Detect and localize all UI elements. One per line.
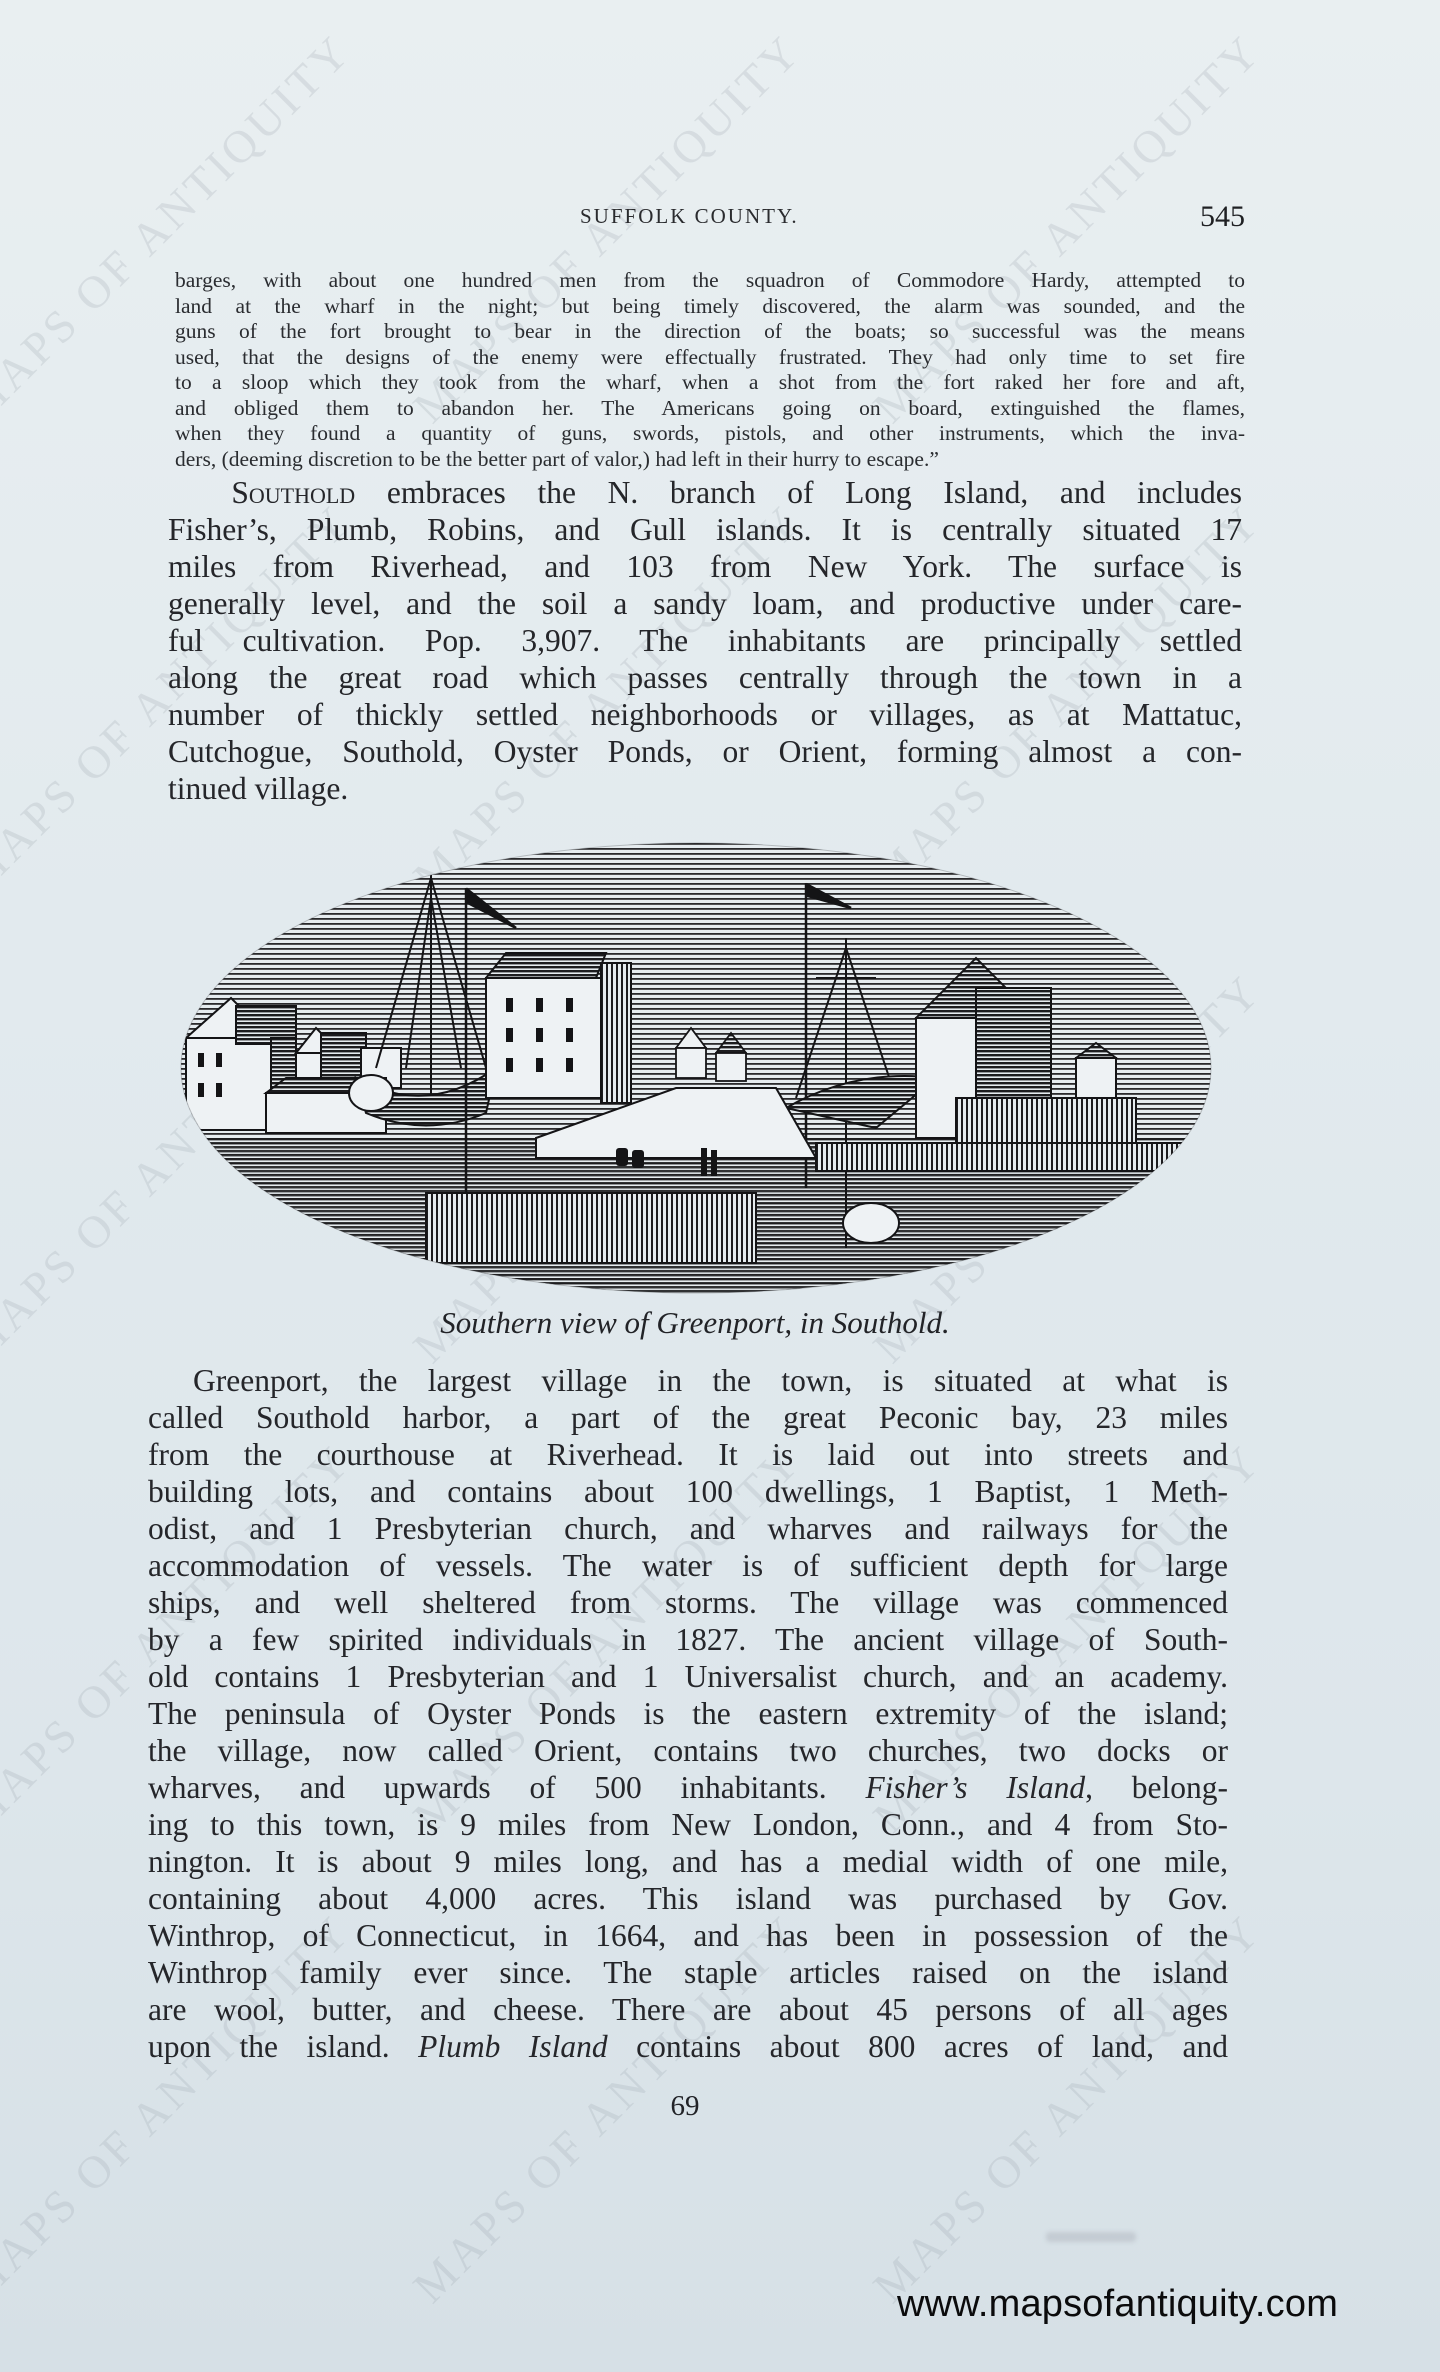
signature-mark: 69: [0, 2090, 1370, 2123]
text-line: when they found a quantity of guns, swor…: [175, 421, 1245, 447]
text-fragment: wharves, and upwards of 500 inhabitants.: [148, 1770, 865, 1805]
text-line: Winthrop family ever since. The staple a…: [148, 1954, 1228, 1991]
ink-smudge: [1046, 2232, 1136, 2242]
text-line: along the great road which passes centra…: [168, 659, 1242, 696]
text-line: Fisher’s, Plumb, Robins, and Gull island…: [168, 511, 1242, 548]
text-line: from the courthouse at Riverhead. It is …: [148, 1436, 1228, 1473]
quoted-passage: barges, with about one hundred men from …: [175, 268, 1245, 472]
text-line: wharves, and upwards of 500 inhabitants.…: [148, 1769, 1228, 1806]
text-line: used, that the designs of the enemy were…: [175, 345, 1245, 371]
text-line: the village, now called Orient, contains…: [148, 1732, 1228, 1769]
website-watermark: www.mapsofantiquity.com: [897, 2283, 1338, 2326]
lead-word: Southold: [231, 475, 355, 510]
text-line: containing about 4,000 acres. This islan…: [148, 1880, 1228, 1917]
illustration-caption: Southern view of Greenport, in Southold.: [0, 1305, 1390, 1341]
text-line: Cutchogue, Southold, Oyster Ponds, or Or…: [168, 733, 1242, 770]
greenport-paragraph: Greenport, the largest village in the to…: [148, 1362, 1228, 2065]
text-line: land at the wharf in the night; but bein…: [175, 294, 1245, 320]
text-line: ships, and well sheltered from storms. T…: [148, 1584, 1228, 1621]
text-line: building lots, and contains about 100 dw…: [148, 1473, 1228, 1510]
text-line: number of thickly settled neighborhoods …: [168, 696, 1242, 733]
text-line: and obliged them to abandon her. The Ame…: [175, 396, 1245, 422]
text-line: ful cultivation. Pop. 3,907. The inhabit…: [168, 622, 1242, 659]
text-line: accommodation of vessels. The water is o…: [148, 1547, 1228, 1584]
text-line: to a sloop which they took from the whar…: [175, 370, 1245, 396]
running-head: SUFFOLK COUNTY.: [580, 204, 799, 229]
italic-place-name: Fisher’s Island: [865, 1770, 1085, 1805]
text-line: barges, with about one hundred men from …: [175, 268, 1245, 294]
page-number: 545: [1200, 200, 1245, 234]
text-line: by a few spirited individuals in 1827. T…: [148, 1621, 1228, 1658]
text-line: guns of the fort brought to bear in the …: [175, 319, 1245, 345]
text-fragment: , belong-: [1085, 1770, 1228, 1805]
text-line: The peninsula of Oyster Ponds is the eas…: [148, 1695, 1228, 1732]
italic-place-name: Plumb Island: [418, 2029, 608, 2064]
text-fragment: upon the island.: [148, 2029, 418, 2064]
text-line: odist, and 1 Presbyterian church, and wh…: [148, 1510, 1228, 1547]
text-line: ders, (deeming discretion to be the bett…: [175, 447, 1245, 473]
text-line: ing to this town, is 9 miles from New Lo…: [148, 1806, 1228, 1843]
page-header: SUFFOLK COUNTY. 545: [160, 200, 1245, 240]
text-line: Southold embraces the N. branch of Long …: [168, 474, 1242, 511]
text-line: upon the island. Plumb Island contains a…: [148, 2028, 1228, 2065]
text-line: Winthrop, of Connecticut, in 1664, and h…: [148, 1917, 1228, 1954]
southold-paragraph: Southold embraces the N. branch of Long …: [168, 474, 1242, 807]
text-line: miles from Riverhead, and 103 from New Y…: [168, 548, 1242, 585]
text-line: generally level, and the soil a sandy lo…: [168, 585, 1242, 622]
greenport-engraving: [176, 838, 1216, 1298]
text-line: tinued village.: [168, 770, 1242, 807]
text-line: are wool, butter, and cheese. There are …: [148, 1991, 1228, 2028]
text-line: old contains 1 Presbyterian and 1 Univer…: [148, 1658, 1228, 1695]
text-line: nington. It is about 9 miles long, and h…: [148, 1843, 1228, 1880]
text-fragment: embraces the N. branch of Long Island, a…: [355, 475, 1242, 510]
text-fragment: contains about 800 acres of land, and: [608, 2029, 1228, 2064]
text-line: Greenport, the largest village in the to…: [148, 1362, 1228, 1399]
text-line: called Southold harbor, a part of the gr…: [148, 1399, 1228, 1436]
